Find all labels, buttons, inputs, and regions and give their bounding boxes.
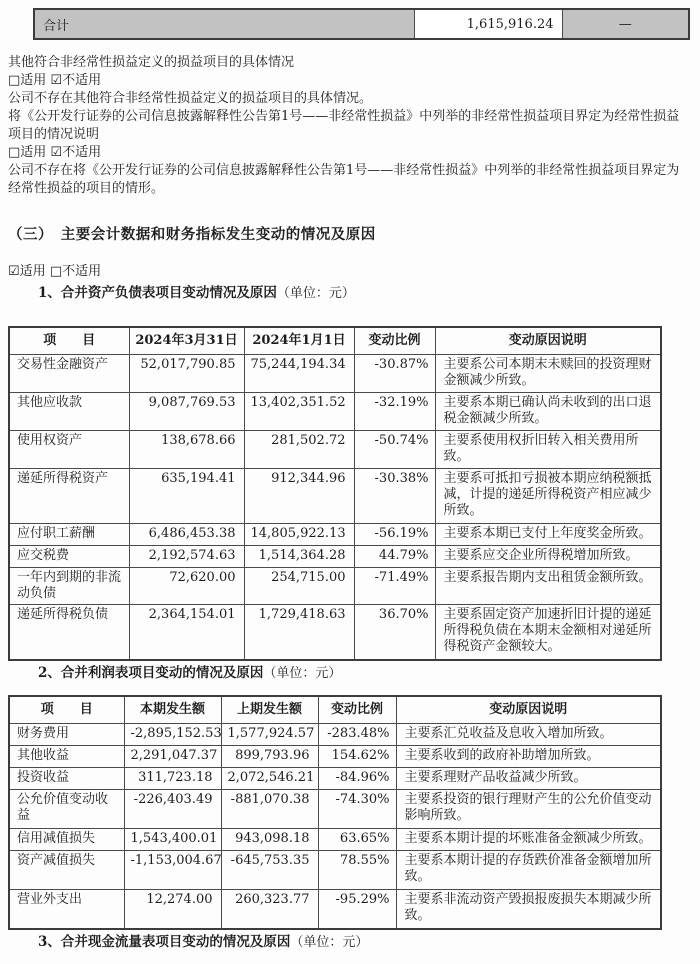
total-label-cell: 合计 bbox=[34, 9, 414, 39]
change-ratio-cell: -84.96% bbox=[318, 768, 396, 790]
applicability-label: 不适用 bbox=[62, 145, 101, 160]
item-cell: 公允价值变动收益 bbox=[9, 790, 124, 829]
item-cell: 信用减值损失 bbox=[9, 829, 124, 851]
column-header-item: 项 目 bbox=[9, 696, 124, 724]
table-row: 营业外支出 12,274.00 260,323.77 -95.29% 主要系非流… bbox=[9, 890, 661, 930]
subsection-title: 3、合并现金流量表项目变动的情况及原因 bbox=[38, 934, 290, 950]
item-cell: 应交税费 bbox=[9, 546, 129, 568]
subsection-title: 2、合并利润表项目变动的情况及原因 bbox=[38, 665, 263, 681]
change-ratio-cell: -30.87% bbox=[354, 355, 435, 393]
applicability-line: ☑适用 □不适用 bbox=[8, 263, 700, 281]
reason-cell: 主要系投资的银行理财产生的公允价值变动影响所致。 bbox=[396, 790, 661, 829]
change-ratio-cell: 36.70% bbox=[354, 605, 435, 661]
applicability-label: 不适用 bbox=[62, 264, 101, 279]
change-ratio-cell: 63.65% bbox=[318, 829, 396, 851]
prior-value-cell: -881,070.38 bbox=[221, 790, 318, 829]
current-value-cell: 1,543,400.01 bbox=[124, 829, 221, 851]
item-cell: 财务费用 bbox=[9, 724, 124, 746]
prior-value-cell: 14,805,922.13 bbox=[244, 524, 354, 546]
applicability-label: 适用 bbox=[20, 73, 46, 88]
current-value-cell: 138,678.66 bbox=[129, 431, 244, 469]
body-paragraphs: 其他符合非经常性损益定义的损益项目的具体情况 □适用 ☑不适用 公司不存在其他符… bbox=[8, 54, 690, 198]
checkbox-unchecked-icon: □ bbox=[8, 145, 20, 160]
table-row: 投资收益 311,723.18 2,072,546.21 -84.96% 主要系… bbox=[9, 768, 661, 790]
prior-value-cell: 1,514,364.28 bbox=[244, 546, 354, 568]
checkbox-unchecked-icon: □ bbox=[50, 264, 62, 279]
table-row: 资产减值损失 -1,153,004.67 -645,753.35 78.55% … bbox=[9, 851, 661, 890]
column-header-current: 2024年3月31日 bbox=[129, 327, 244, 355]
table-row: 一年内到期的非流动负债 72,620.00 254,715.00 -71.49%… bbox=[9, 568, 661, 605]
unit-note: （单位：元） bbox=[290, 935, 368, 950]
current-value-cell: -226,403.49 bbox=[124, 790, 221, 829]
checkbox-checked-icon: ☑ bbox=[8, 264, 20, 279]
applicability-label: 适用 bbox=[20, 264, 46, 279]
change-ratio-cell: -71.49% bbox=[354, 568, 435, 605]
prior-value-cell: 943,098.18 bbox=[221, 829, 318, 851]
item-cell: 投资收益 bbox=[9, 768, 124, 790]
unit-note: （单位：元） bbox=[277, 286, 355, 301]
change-ratio-cell: -32.19% bbox=[354, 393, 435, 431]
column-header-change: 变动比例 bbox=[318, 696, 396, 724]
column-header-prior: 2024年1月1日 bbox=[244, 327, 354, 355]
reason-cell: 主要系可抵扣亏损被本期应纳税额抵减，计提的递延所得税资产相应减少所致。 bbox=[435, 469, 661, 524]
table-row: 信用减值损失 1,543,400.01 943,098.18 63.65% 主要… bbox=[9, 829, 661, 851]
section-heading: （三） 主要会计数据和财务指标发生变动的情况及原因 bbox=[8, 223, 700, 244]
table-row: 合计 1,615,916.24 — bbox=[34, 9, 689, 39]
table-row: 其他收益 2,291,047.37 899,793.96 154.62% 主要系… bbox=[9, 746, 661, 768]
table-row: 应交税费 2,192,574.63 1,514,364.28 44.79% 主要… bbox=[9, 546, 661, 568]
checkbox-unchecked-icon: □ bbox=[8, 73, 20, 88]
item-cell: 其他收益 bbox=[9, 746, 124, 768]
item-cell: 资产减值损失 bbox=[9, 851, 124, 890]
table-row: 财务费用 -2,895,152.53 1,577,924.57 -283.48%… bbox=[9, 724, 661, 746]
table-row: 递延所得税负债 2,364,154.01 1,729,418.63 36.70%… bbox=[9, 605, 661, 661]
prior-value-cell: 260,323.77 bbox=[221, 890, 318, 930]
table-row: 使用权资产 138,678.66 281,502.72 -50.74% 主要系使… bbox=[9, 431, 661, 469]
change-ratio-cell: -30.38% bbox=[354, 469, 435, 524]
current-value-cell: 72,620.00 bbox=[129, 568, 244, 605]
prior-value-cell: 2,072,546.21 bbox=[221, 768, 318, 790]
column-header-reason: 变动原因说明 bbox=[435, 327, 661, 355]
column-header-prior: 上期发生额 bbox=[221, 696, 318, 724]
item-cell: 交易性金融资产 bbox=[9, 355, 129, 393]
item-cell: 营业外支出 bbox=[9, 890, 124, 930]
checkbox-checked-icon: ☑ bbox=[50, 73, 62, 88]
prior-value-cell: -645,753.35 bbox=[221, 851, 318, 890]
current-value-cell: 311,723.18 bbox=[124, 768, 221, 790]
checkbox-checked-icon: ☑ bbox=[50, 145, 62, 160]
change-ratio-cell: -95.29% bbox=[318, 890, 396, 930]
unit-note: （单位：元） bbox=[263, 666, 341, 681]
subsection-heading-income-statement: 2、合并利润表项目变动的情况及原因（单位：元） bbox=[38, 661, 700, 681]
table-row: 递延所得税资产 635,194.41 912,344.96 -30.38% 主要… bbox=[9, 469, 661, 524]
total-row-table: 合计 1,615,916.24 — bbox=[33, 8, 690, 40]
prior-value-cell: 912,344.96 bbox=[244, 469, 354, 524]
reason-cell: 主要系使用权折旧转入相关费用所致。 bbox=[435, 431, 661, 469]
current-value-cell: 12,274.00 bbox=[124, 890, 221, 930]
reason-cell: 主要系本期已支付上年度奖金所致。 bbox=[435, 524, 661, 546]
prior-value-cell: 899,793.96 bbox=[221, 746, 318, 768]
prior-value-cell: 13,402,351.52 bbox=[244, 393, 354, 431]
change-ratio-cell: 44.79% bbox=[354, 546, 435, 568]
applicability-line: □适用 ☑不适用 bbox=[8, 144, 690, 162]
current-value-cell: 2,291,047.37 bbox=[124, 746, 221, 768]
change-ratio-cell: -74.30% bbox=[318, 790, 396, 829]
item-cell: 应付职工薪酬 bbox=[9, 524, 129, 546]
applicability-label: 适用 bbox=[20, 145, 46, 160]
item-cell: 递延所得税资产 bbox=[9, 469, 129, 524]
item-cell: 其他应收款 bbox=[9, 393, 129, 431]
reason-cell: 主要系本期计提的坏账准备金额减少所致。 bbox=[396, 829, 661, 851]
prior-value-cell: 1,729,418.63 bbox=[244, 605, 354, 661]
change-ratio-cell: 154.62% bbox=[318, 746, 396, 768]
prior-value-cell: 281,502.72 bbox=[244, 431, 354, 469]
current-value-cell: -2,895,152.53 bbox=[124, 724, 221, 746]
reason-cell: 主要系报告期内支出租赁金额所致。 bbox=[435, 568, 661, 605]
table-row: 其他应收款 9,087,769.53 13,402,351.52 -32.19%… bbox=[9, 393, 661, 431]
prior-value-cell: 1,577,924.57 bbox=[221, 724, 318, 746]
change-ratio-cell: -56.19% bbox=[354, 524, 435, 546]
reason-cell: 主要系非流动资产毁损报废损失本期减少所致。 bbox=[396, 890, 661, 930]
current-value-cell: 9,087,769.53 bbox=[129, 393, 244, 431]
reason-cell: 主要系理财产品收益减少所致。 bbox=[396, 768, 661, 790]
column-header-current: 本期发生额 bbox=[124, 696, 221, 724]
current-value-cell: 635,194.41 bbox=[129, 469, 244, 524]
subsection-title: 1、合并资产负债表项目变动情况及原因 bbox=[38, 285, 277, 301]
item-cell: 一年内到期的非流动负债 bbox=[9, 568, 129, 605]
change-ratio-cell: -283.48% bbox=[318, 724, 396, 746]
table-row: 交易性金融资产 52,017,790.85 75,244,194.34 -30.… bbox=[9, 355, 661, 393]
current-value-cell: 52,017,790.85 bbox=[129, 355, 244, 393]
current-value-cell: 2,364,154.01 bbox=[129, 605, 244, 661]
document-page: 合计 1,615,916.24 — 其他符合非经常性损益定义的损益项目的具体情况… bbox=[0, 8, 700, 964]
paragraph: 公司不存在其他符合非经常性损益定义的损益项目的具体情况。 bbox=[8, 90, 690, 108]
change-ratio-cell: 78.55% bbox=[318, 851, 396, 890]
reason-cell: 主要系本期已确认尚未收到的出口退税金额减少所致。 bbox=[435, 393, 661, 431]
current-value-cell: -1,153,004.67 bbox=[124, 851, 221, 890]
item-cell: 使用权资产 bbox=[9, 431, 129, 469]
subsection-heading-cash-flow: 3、合并现金流量表项目变动的情况及原因（单位：元） bbox=[38, 930, 700, 950]
item-cell: 递延所得税负债 bbox=[9, 605, 129, 661]
reason-cell: 主要系公司本期末未赎回的投资理财金额减少所致。 bbox=[435, 355, 661, 393]
prior-value-cell: 75,244,194.34 bbox=[244, 355, 354, 393]
paragraph: 其他符合非经常性损益定义的损益项目的具体情况 bbox=[8, 54, 690, 72]
total-value-cell: 1,615,916.24 bbox=[414, 9, 562, 39]
column-header-item: 项 目 bbox=[9, 327, 129, 355]
paragraph: 将《公开发行证券的公司信息披露解释性公告第1号——非经常性损益》中列举的非经常性… bbox=[8, 108, 690, 144]
current-value-cell: 2,192,574.63 bbox=[129, 546, 244, 568]
reason-cell: 主要系固定资产加速折旧计提的递延所得税负债在本期末金额相对递延所得税资产金额较大… bbox=[435, 605, 661, 661]
total-note-cell: — bbox=[562, 9, 689, 39]
prior-value-cell: 254,715.00 bbox=[244, 568, 354, 605]
reason-cell: 主要系收到的政府补助增加所致。 bbox=[396, 746, 661, 768]
income-statement-change-table: 项 目 本期发生额 上期发生额 变动比例 变动原因说明 财务费用 -2,895,… bbox=[8, 695, 662, 930]
reason-cell: 主要系应交企业所得税增加所致。 bbox=[435, 546, 661, 568]
paragraph: 公司不存在将《公开发行证券的公司信息披露解释性公告第1号——非经常性损益》中列举… bbox=[8, 162, 690, 198]
subsection-heading-balance-sheet: 1、合并资产负债表项目变动情况及原因（单位：元） bbox=[38, 281, 700, 301]
reason-cell: 主要系本期计提的存货跌价准备金额增加所致。 bbox=[396, 851, 661, 890]
table-row: 应付职工薪酬 6,486,453.38 14,805,922.13 -56.19… bbox=[9, 524, 661, 546]
change-ratio-cell: -50.74% bbox=[354, 431, 435, 469]
balance-sheet-change-table: 项 目 2024年3月31日 2024年1月1日 变动比例 变动原因说明 交易性… bbox=[8, 326, 662, 661]
table-row: 公允价值变动收益 -226,403.49 -881,070.38 -74.30%… bbox=[9, 790, 661, 829]
applicability-label: 不适用 bbox=[62, 73, 101, 88]
column-header-change: 变动比例 bbox=[354, 327, 435, 355]
table-header-row: 项 目 本期发生额 上期发生额 变动比例 变动原因说明 bbox=[9, 696, 661, 724]
applicability-line: □适用 ☑不适用 bbox=[8, 72, 690, 90]
column-header-reason: 变动原因说明 bbox=[396, 696, 661, 724]
table-header-row: 项 目 2024年3月31日 2024年1月1日 变动比例 变动原因说明 bbox=[9, 327, 661, 355]
reason-cell: 主要系汇兑收益及息收入增加所致。 bbox=[396, 724, 661, 746]
current-value-cell: 6,486,453.38 bbox=[129, 524, 244, 546]
